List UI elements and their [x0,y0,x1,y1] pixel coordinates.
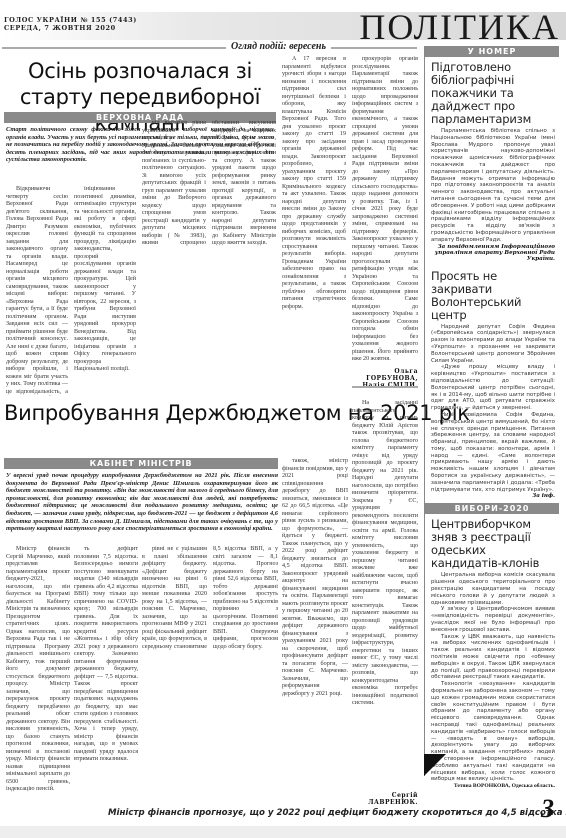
pull-quote: Міністр фінансів прогнозує, що у 2022 ро… [108,808,528,818]
article1-end-rule [352,386,418,388]
kicker-rule [2,47,417,49]
kicker-label: Огляд подій: вересень [226,41,331,52]
sidebar-rubric-elections: ВИБОРИ-2020 [425,503,559,514]
article1-column-5: прокурорів органів розслідування. Парлам… [352,56,418,364]
article2-column-4: також, міністр фінансів повідомив, що у … [282,458,348,800]
sidebar-story2-headline: Просять не закривати Волонтерський центр [425,262,559,324]
sidebar-story2-signature: За інф. [425,493,559,499]
date-line: СЕРЕДА, 7 ЖОВТНЯ 2020 [4,24,137,32]
page-number: 3 [541,794,554,824]
article2-column-5: На засіданні парламентського комітету з … [352,400,418,790]
sidebar-story3-text: Центральна виборча комісія скасувала ріш… [425,572,559,783]
article1-column-2: ініціювання позитивної динаміки, оптиміз… [74,186,136,396]
sidebar-rubric-in-issue: У НОМЕР [425,46,559,57]
sidebar-story3-signature: Тетяна ВОРОНКОВА, Одеська область. [425,783,559,789]
sidebar-story1-headline: Підготовлено бібліографічні покажчики та… [425,57,559,128]
article1-column-3: від високого рівня українського парламен… [142,120,276,396]
sidebar-story3-headline: Центрвиборчком зняв з реєстрації одеськи… [425,514,559,572]
article2-lead: У вересні уряд почав процедуру випробува… [6,472,278,533]
article2-column-1: Міністр фінансів Сергій Марченко, який п… [6,546,70,800]
article1-column-1: Відкриваючи четверту сесію Верховної Рад… [6,186,68,396]
article2-column-2: ть дефіцит половини 7,5 відсотка. Безпос… [74,546,138,800]
article1-column-4: А 17 вересня в парламенті відбулися уроч… [282,56,346,396]
issue-line: ГОЛОС УКРАЇНИ № 155 (7443) [4,16,137,24]
footer-band [0,826,566,838]
sidebar-story1-signature: За повідомленням Інформаційного управлін… [425,244,559,262]
article2-column-3: рівні не є уцільшим в плані збільшення д… [142,546,278,800]
section-title: ПОЛІТИКА [359,6,560,48]
paper-info: ГОЛОС УКРАЇНИ № 155 (7443) СЕРЕДА, 7 ЖОВ… [4,16,137,32]
sidebar-story1-text: Парламентська бібліотека спільно з Націо… [425,128,559,244]
sidebar-corner-decoration [424,754,446,776]
article2-rubric: КАБІНЕТ МІНІСТРІВ [4,458,278,469]
article2-signature: Сергій ЛАВРЕНЮК. [352,792,418,806]
